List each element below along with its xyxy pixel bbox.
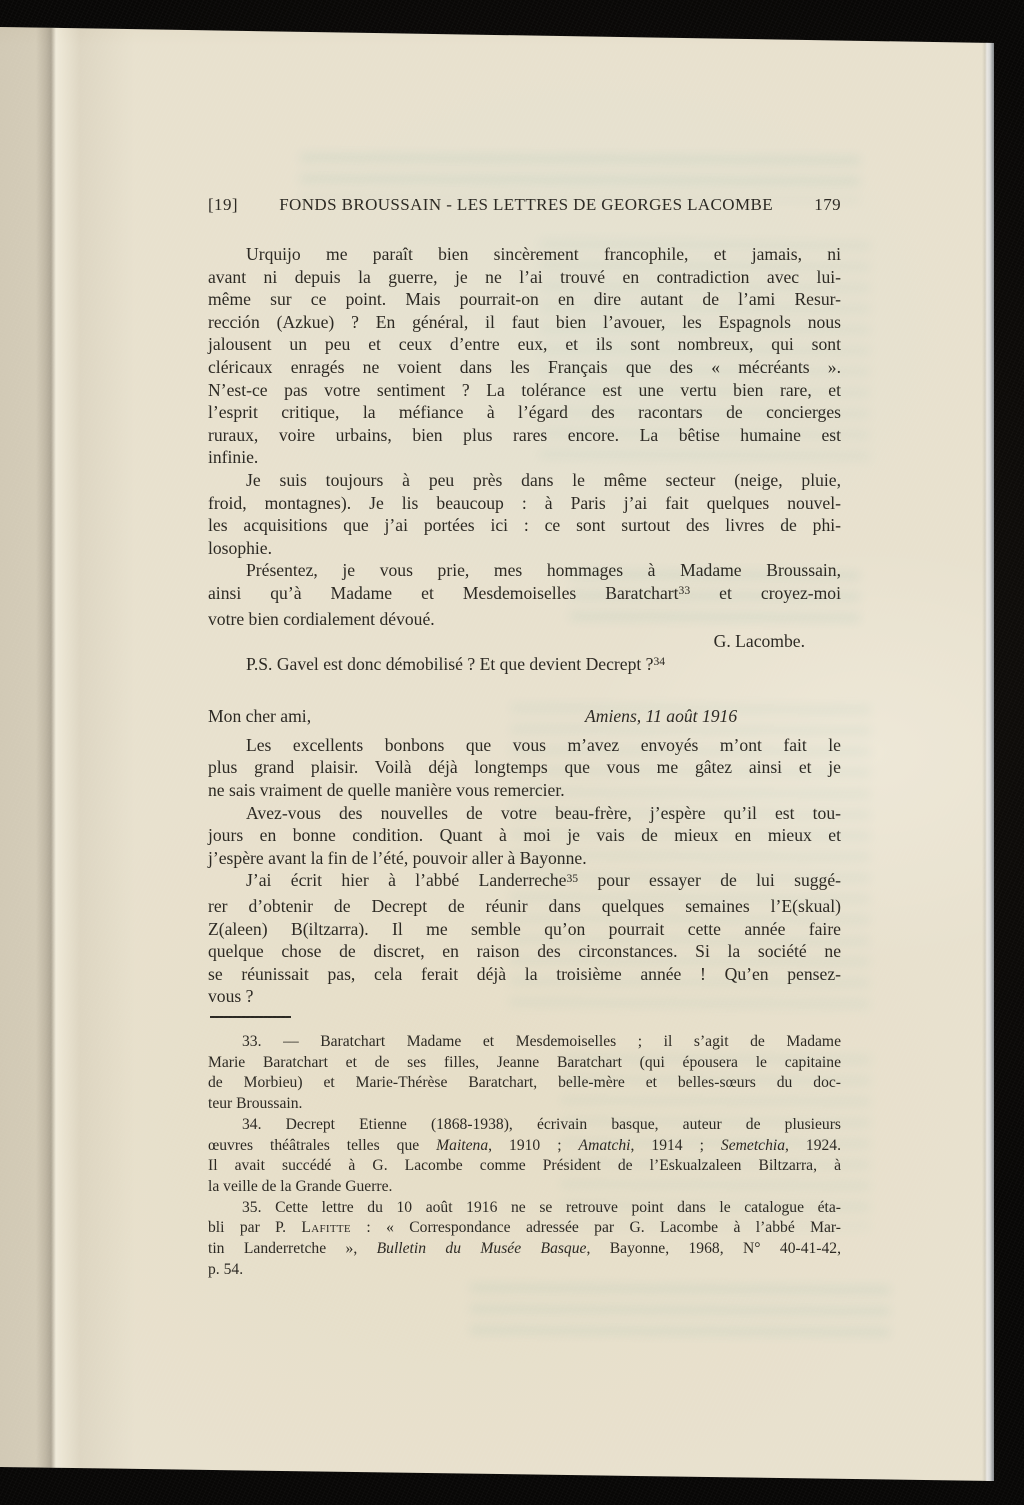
- text-line: 34. Decrept Etienne (1868-1938), écrivai…: [208, 1115, 841, 1136]
- text-line: de Morbieu) et Marie-Thérèse Baratchart,…: [208, 1073, 841, 1094]
- header-index-label: [19]: [208, 195, 238, 215]
- styled-text: Semetchia: [721, 1137, 785, 1154]
- text-line: Avez-vous des nouvelles de votre beau-fr…: [208, 802, 841, 825]
- letter1-paragraph: Présentez, je vous prie, mes hommages à …: [208, 559, 841, 630]
- text-line: Présentez, je vous prie, mes hommages à …: [208, 559, 841, 582]
- text-line: Je suis toujours à peu près dans le même…: [208, 469, 841, 492]
- footnote-separator: [210, 1016, 291, 1018]
- text-line: P.S. Gavel est donc démobilisé ? Et que …: [208, 653, 841, 679]
- footnote-reference: 34: [653, 655, 665, 668]
- salutation-row: Mon cher ami, Amiens, 11 août 1916: [208, 705, 841, 728]
- letter2-paragraph: J’ai écrit hier à l’abbé Landerreche35 p…: [208, 869, 841, 1008]
- styled-text: Amatchi: [579, 1137, 631, 1154]
- text-line: Z(aleen) B(iltzarra). Il me semble qu’on…: [208, 918, 841, 941]
- text-line: 33. — Baratchart Madame et Mesdemoiselle…: [208, 1032, 841, 1053]
- text-line: j’espère avant la fin de l’été, pouvoir …: [208, 847, 841, 870]
- text-line: ainsi qu’à Madame et Mesdemoiselles Bara…: [208, 582, 841, 608]
- letter1-paragraph: Urquijo me paraît bien sincèrement franc…: [208, 243, 841, 469]
- letter2-paragraph: Les excellents bonbons que vous m’avez e…: [208, 734, 841, 802]
- postscript-line: P.S. Gavel est donc démobilisé ? Et que …: [208, 653, 841, 679]
- text-line: N’est-ce pas votre sentiment ? La toléra…: [208, 379, 841, 402]
- text-line: la veille de la Grande Guerre.: [208, 1177, 841, 1198]
- text-line: jalousent un peu et ceux d’entre eux, et…: [208, 333, 841, 356]
- salutation: Mon cher ami,: [208, 706, 311, 726]
- footnote-reference: 35: [566, 872, 578, 885]
- text-line: les acquisitions que j’ai portées ici : …: [208, 514, 841, 537]
- text-line: l’esprit critique, la méfiance à l’égard…: [208, 401, 841, 424]
- text-line: quelque chose de discret, en raison des …: [208, 940, 841, 963]
- text-line: œuvres théâtrales telles que Maitena, 19…: [208, 1136, 841, 1157]
- text-line: froid, montagnes). Je lis beaucoup : à P…: [208, 492, 841, 515]
- header-page-number: 179: [814, 195, 841, 215]
- text-line: rección (Azkue) ? En général, il faut bi…: [208, 311, 841, 334]
- footnote-35: 35. Cette lettre du 10 août 1916 ne se r…: [208, 1198, 841, 1281]
- letter2-paragraph: Avez-vous des nouvelles de votre beau-fr…: [208, 802, 841, 870]
- header-title: FONDS BROUSSAIN - LES LETTRES DE GEORGES…: [279, 195, 773, 215]
- text-line: plus grand plaisir. Voilà déjà longtemps…: [208, 756, 841, 779]
- text-line: Il avait succédé à G. Lacombe comme Prés…: [208, 1156, 841, 1177]
- text-line: losophie.: [208, 537, 841, 560]
- footnote-33: 33. — Baratchart Madame et Mesdemoiselle…: [208, 1032, 841, 1115]
- footnote-reference: 33: [679, 584, 691, 597]
- text-line: cléricaux enragés ne voient dans les Fra…: [208, 356, 841, 379]
- text-line: même sur ce point. Mais pourrait-on en d…: [208, 288, 841, 311]
- text-line: Urquijo me paraît bien sincèrement franc…: [208, 243, 841, 266]
- text-line: J’ai écrit hier à l’abbé Landerreche35 p…: [208, 869, 841, 895]
- text-line: jours en bonne condition. Quant à moi je…: [208, 824, 841, 847]
- text-line: infinie.: [208, 446, 841, 469]
- text-line: p. 54.: [208, 1260, 841, 1281]
- text-line: rer d’obtenir de Decrept de réunir dans …: [208, 895, 841, 918]
- text-line: se réunissait pas, cela ferait déjà la t…: [208, 963, 841, 986]
- text-line: Les excellents bonbons que vous m’avez e…: [208, 734, 841, 757]
- styled-text: Lafitte: [301, 1219, 351, 1236]
- text-line: bli par P. Lafitte : « Correspondance ad…: [208, 1218, 841, 1239]
- text-line: ne sais vraiment de quelle manière vous …: [208, 779, 841, 802]
- styled-text: Maitena: [436, 1137, 488, 1154]
- book-page: [19] FONDS BROUSSAIN - LES LETTRES DE GE…: [0, 0, 1024, 1505]
- footnotes-block: 33. — Baratchart Madame et Mesdemoiselle…: [208, 1016, 841, 1280]
- text-line: vous ?: [208, 985, 841, 1008]
- text-line: 35. Cette lettre du 10 août 1916 ne se r…: [208, 1198, 841, 1219]
- text-line: votre bien cordialement dévoué.: [208, 608, 841, 631]
- page-header: [19] FONDS BROUSSAIN - LES LETTRES DE GE…: [208, 195, 841, 215]
- book-scan-photo: [19] FONDS BROUSSAIN - LES LETTRES DE GE…: [0, 0, 1024, 1505]
- styled-text: Bulletin du Musée Basque: [377, 1240, 587, 1257]
- letter-text-block: Urquijo me paraît bien sincèrement franc…: [208, 243, 841, 1008]
- text-line: teur Broussain.: [208, 1094, 841, 1115]
- text-line: avant ni depuis la guerre, je ne l’ai tr…: [208, 266, 841, 289]
- page-stack-edge: [982, 36, 994, 1487]
- text-line: tin Landerretche », Bulletin du Musée Ba…: [208, 1239, 841, 1260]
- text-line: ruraux, voire urbains, bien plus rares e…: [208, 424, 841, 447]
- footnote-34: 34. Decrept Etienne (1868-1938), écrivai…: [208, 1115, 841, 1198]
- dateline: Amiens, 11 août 1916: [585, 705, 737, 728]
- signature-line: G. Lacombe.: [208, 630, 841, 653]
- text-line: Marie Baratchart et de ses filles, Jeann…: [208, 1053, 841, 1074]
- book-gutter-shadow: [0, 0, 140, 1505]
- letter1-paragraph: Je suis toujours à peu près dans le même…: [208, 469, 841, 559]
